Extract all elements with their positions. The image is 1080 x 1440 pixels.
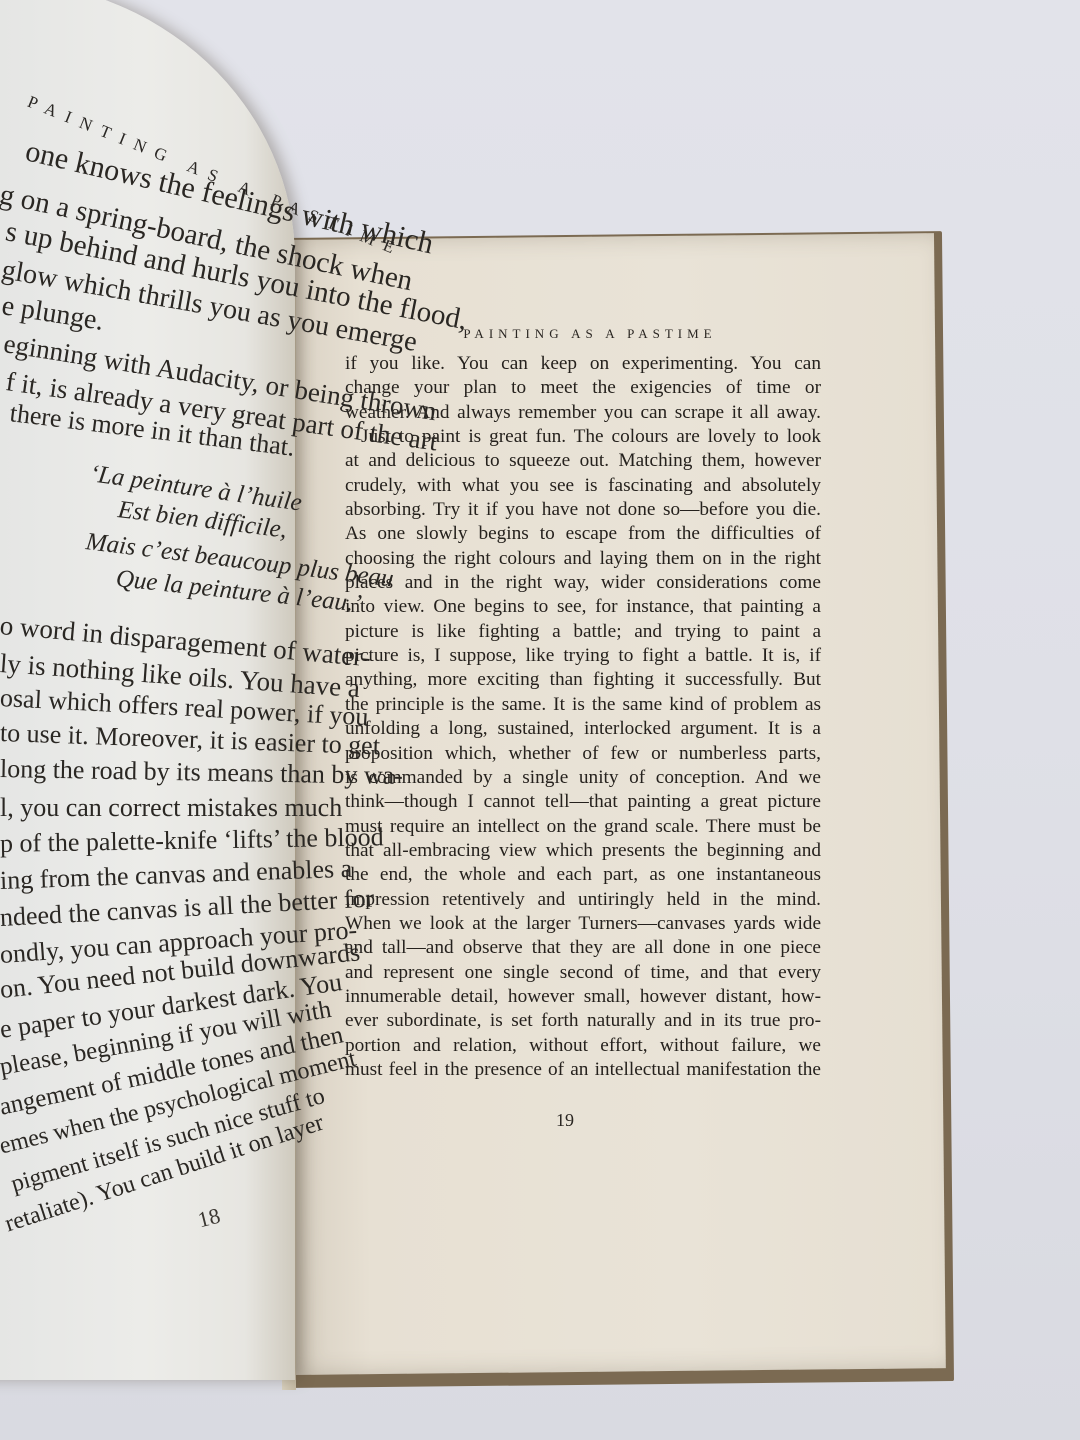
- text-line: anything, more exciting than fighting it…: [345, 668, 821, 692]
- text-line: think—though I cannot tell—that painting…: [345, 790, 821, 814]
- text-line: proposition which, whether of few or num…: [345, 742, 821, 766]
- right-running-head: PAINTING AS A PASTIME: [425, 326, 755, 342]
- text-line: and represent one single second of time,…: [345, 961, 821, 985]
- text-line: must feel in the presence of an intellec…: [345, 1058, 821, 1082]
- text-line: impression retentively and untiringly he…: [345, 888, 821, 912]
- text-line: crudely, with what you see is fascinatin…: [345, 474, 821, 498]
- text-line: choosing the right colours and laying th…: [345, 547, 821, 571]
- text-line: is commanded by a single unity of concep…: [345, 766, 821, 790]
- text-line: the principle is the same. It is the sam…: [345, 693, 821, 717]
- text-line: l, you can correct mistakes much: [0, 793, 342, 823]
- text-line: innumerable detail, however small, howev…: [345, 985, 821, 1009]
- text-line: picture is like fighting a battle; and t…: [345, 620, 821, 644]
- text-line: that all-embracing view which presents t…: [345, 839, 821, 863]
- right-page-number: 19: [556, 1110, 574, 1131]
- text-line: unfolding a long, sustained, interlocked…: [345, 717, 821, 741]
- text-line: must require an intellect on the grand s…: [345, 815, 821, 839]
- text-line: if you like. You can keep on experimenti…: [345, 352, 821, 376]
- text-line: portion and relation, without effort, wi…: [345, 1034, 821, 1058]
- text-line: absorbing. Try it if you have not done s…: [345, 498, 821, 522]
- text-line: When we look at the larger Turners—canva…: [345, 912, 821, 936]
- text-line: into view. One begins to see, for instan…: [345, 595, 821, 619]
- text-line: places and in the right way, wider consi…: [345, 571, 821, 595]
- text-line: ever subordinate, is set forth naturally…: [345, 1009, 821, 1033]
- right-page-body: if you like. You can keep on experimenti…: [345, 352, 821, 1082]
- text-line: and tall—and observe that they are all d…: [345, 936, 821, 960]
- text-line: picture is, I suppose, like trying to fi…: [345, 644, 821, 668]
- text-line: As one slowly begins to escape from the …: [345, 522, 821, 546]
- text-line: the end, the whole and each part, as one…: [345, 863, 821, 887]
